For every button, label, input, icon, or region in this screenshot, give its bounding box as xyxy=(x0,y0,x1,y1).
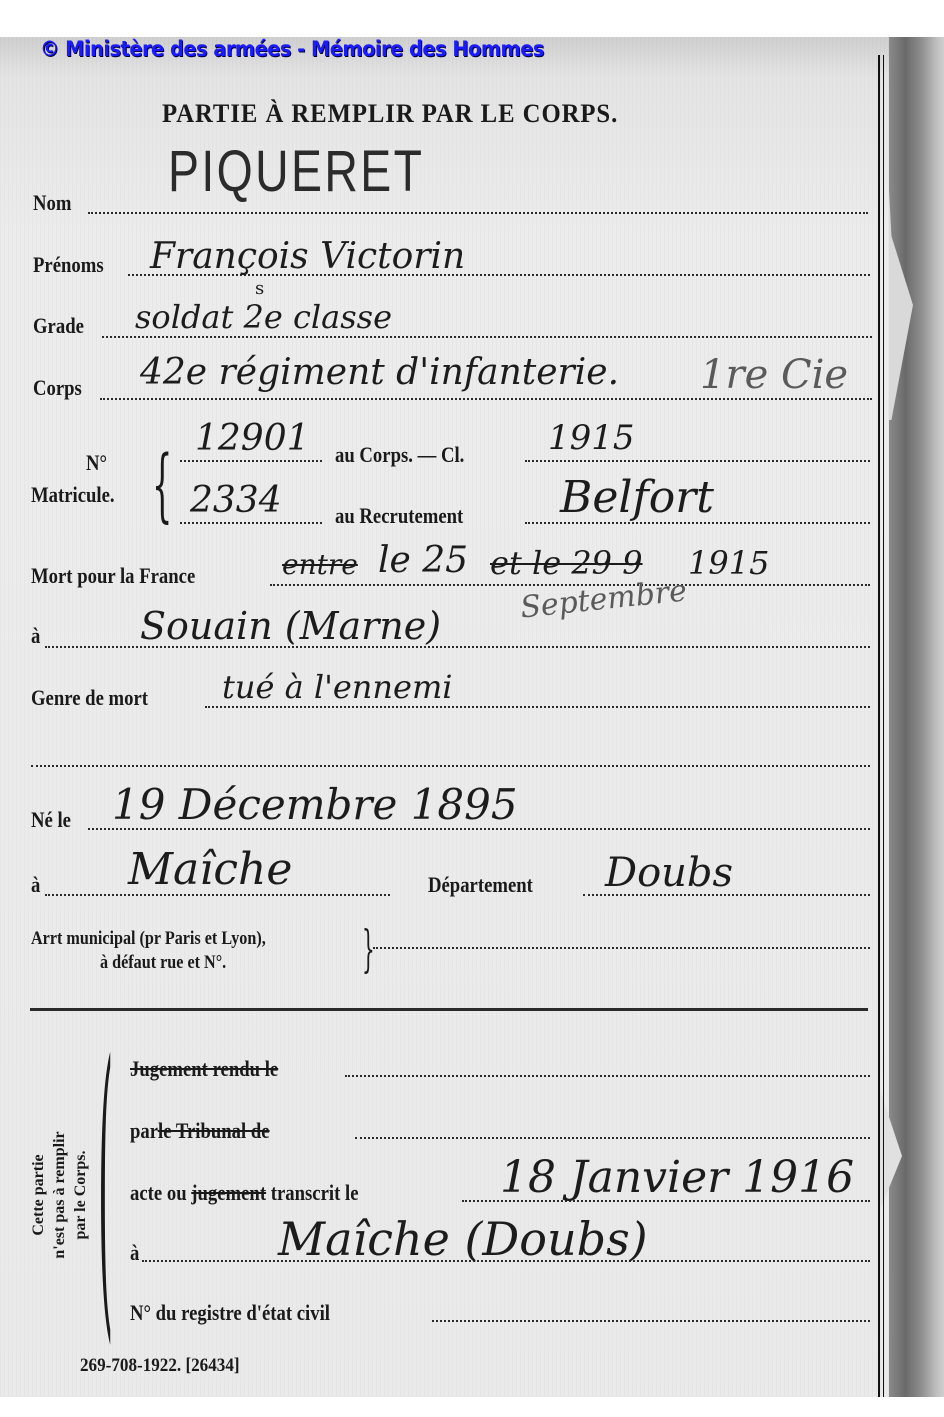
corps-label: Corps xyxy=(33,375,82,401)
grade-line xyxy=(102,336,872,338)
departement-label: Département xyxy=(428,872,533,898)
mort-date: le 25 xyxy=(378,540,468,581)
tribunal-line xyxy=(355,1137,870,1139)
mort-year: 1915 xyxy=(688,544,769,582)
corps-number-line xyxy=(180,460,322,462)
grade-correction: s xyxy=(255,278,264,299)
nom-label: Nom xyxy=(33,190,71,216)
mort-struck-middle: et le 29 9 xyxy=(490,544,643,582)
printer-reference: 269-708-1922. [26434] xyxy=(80,1355,240,1377)
registre-label: N° du registre d'état civil xyxy=(130,1300,330,1326)
arrondissement-label-1: Arrt municipal (pr Paris et Lyon), xyxy=(31,928,266,950)
arrondissement-brace: } xyxy=(362,920,375,978)
corps-company: 1re Cie xyxy=(700,352,848,398)
jugement-label: Jugement rendu le xyxy=(130,1056,278,1082)
mort-label: Mort pour la France xyxy=(31,563,195,589)
nom-value: PIQUERET xyxy=(168,138,424,205)
recrutement-label: au Recrutement xyxy=(335,503,463,529)
corps-line xyxy=(100,398,872,400)
prenoms-value: François Victorin xyxy=(150,236,465,277)
transcrit-label: acte ou jugement transcrit le xyxy=(130,1180,358,1206)
side-note-line-2: n'est pas à remplir xyxy=(49,1100,70,1290)
departement-value: Doubs xyxy=(605,850,733,896)
naissance-value: 19 Décembre 1895 xyxy=(112,780,518,829)
side-note-line-1: Cette partie xyxy=(28,1100,49,1290)
registre-line xyxy=(432,1320,870,1322)
recrutement-value: Belfort xyxy=(560,472,714,523)
matricule-label-no: N° xyxy=(86,450,107,476)
lieu-transcription-label: à xyxy=(130,1240,139,1266)
lieu-naissance-value: Maîche xyxy=(128,844,292,895)
grade-label: Grade xyxy=(33,313,84,339)
prenoms-label: Prénoms xyxy=(33,252,104,278)
genre-mort-line xyxy=(205,706,870,708)
copyright-watermark: © Ministère des armées - Mémoire des Hom… xyxy=(40,37,544,61)
grade-value: soldat 2e classe xyxy=(135,298,392,336)
blank-line xyxy=(31,765,870,767)
page-edge-shadow xyxy=(889,37,944,1397)
arrondissement-line xyxy=(373,947,870,949)
lieu-mort-label: à xyxy=(31,623,40,649)
genre-mort-value: tué à l'ennemi xyxy=(222,668,453,706)
matricule-brace: { xyxy=(152,438,172,531)
side-note-line-3: par le Corps. xyxy=(70,1100,91,1290)
lieu-transcription-value: Maîche (Doubs) xyxy=(278,1212,648,1266)
naissance-label: Né le xyxy=(31,807,71,833)
jugement-line xyxy=(345,1075,870,1077)
recrutement-number-line xyxy=(180,522,322,524)
classe-line xyxy=(525,460,870,462)
section-divider xyxy=(30,1008,868,1011)
recrutement-number: 2334 xyxy=(190,480,282,521)
transcrit-value: 18 Janvier 1916 xyxy=(500,1152,854,1203)
matricule-label: Matricule. xyxy=(31,482,115,508)
classe-value: 1915 xyxy=(548,418,635,458)
genre-mort-label: Genre de mort xyxy=(31,685,148,711)
arrondissement-label-2: à défaut rue et N°. xyxy=(100,952,226,974)
lieu-naissance-label: à xyxy=(31,872,40,898)
corps-number: 12901 xyxy=(195,418,310,459)
frame-border xyxy=(878,55,884,1397)
nom-line xyxy=(88,212,868,214)
lieu-mort-value: Souain (Marne) xyxy=(140,604,441,648)
mort-struck-prefix: entre xyxy=(282,548,358,581)
corps-number-label: au Corps. — Cl. xyxy=(335,442,464,468)
form-heading: PARTIE À REMPLIR PAR LE CORPS. xyxy=(162,99,618,129)
corps-value: 42e régiment d'infanterie. xyxy=(140,352,619,393)
lower-section-brace: ( xyxy=(98,1035,113,1335)
tribunal-label: parle Tribunal de xyxy=(130,1118,270,1144)
side-note: Cette partie n'est pas à remplir par le … xyxy=(28,1100,91,1290)
